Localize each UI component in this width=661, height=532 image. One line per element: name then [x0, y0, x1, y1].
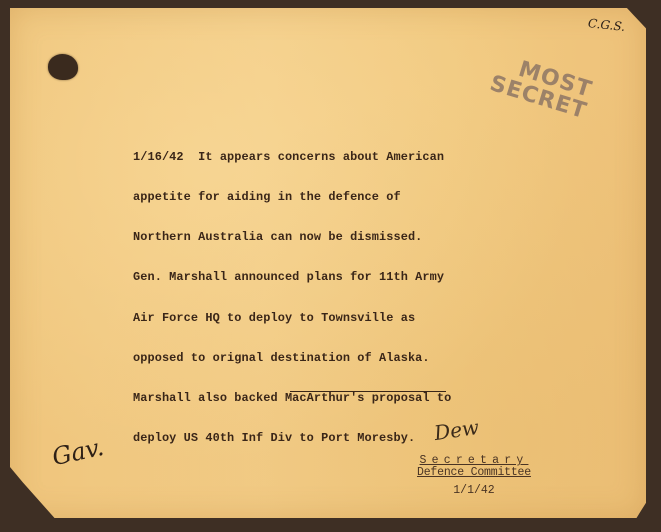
memo-line: appetite for aiding in the defence of	[133, 191, 451, 204]
memo-line: deploy US 40th Inf Div to Port Moresby.	[133, 432, 451, 445]
memo-line: Marshall also backed MacArthur's proposa…	[133, 392, 451, 405]
signature-rule	[290, 391, 446, 392]
memo-line: opposed to orignal destination of Alaska…	[133, 352, 451, 365]
secretary-subtitle: Defence Committee	[408, 467, 540, 479]
memo-line: Gen. Marshall announced plans for 11th A…	[133, 271, 451, 284]
secretary-block: Secretary Defence Committee 1/1/42	[408, 455, 540, 497]
memo-body: 1/16/42 It appears concerns about Americ…	[133, 124, 451, 459]
memo-line: Air Force HQ to deploy to Townsville as	[133, 312, 451, 325]
memo-line: Northern Australia can now be dismissed.	[133, 231, 451, 244]
punch-hole	[48, 54, 78, 80]
secretary-date: 1/1/42	[408, 485, 540, 497]
memo-line: 1/16/42 It appears concerns about Americ…	[133, 151, 451, 164]
